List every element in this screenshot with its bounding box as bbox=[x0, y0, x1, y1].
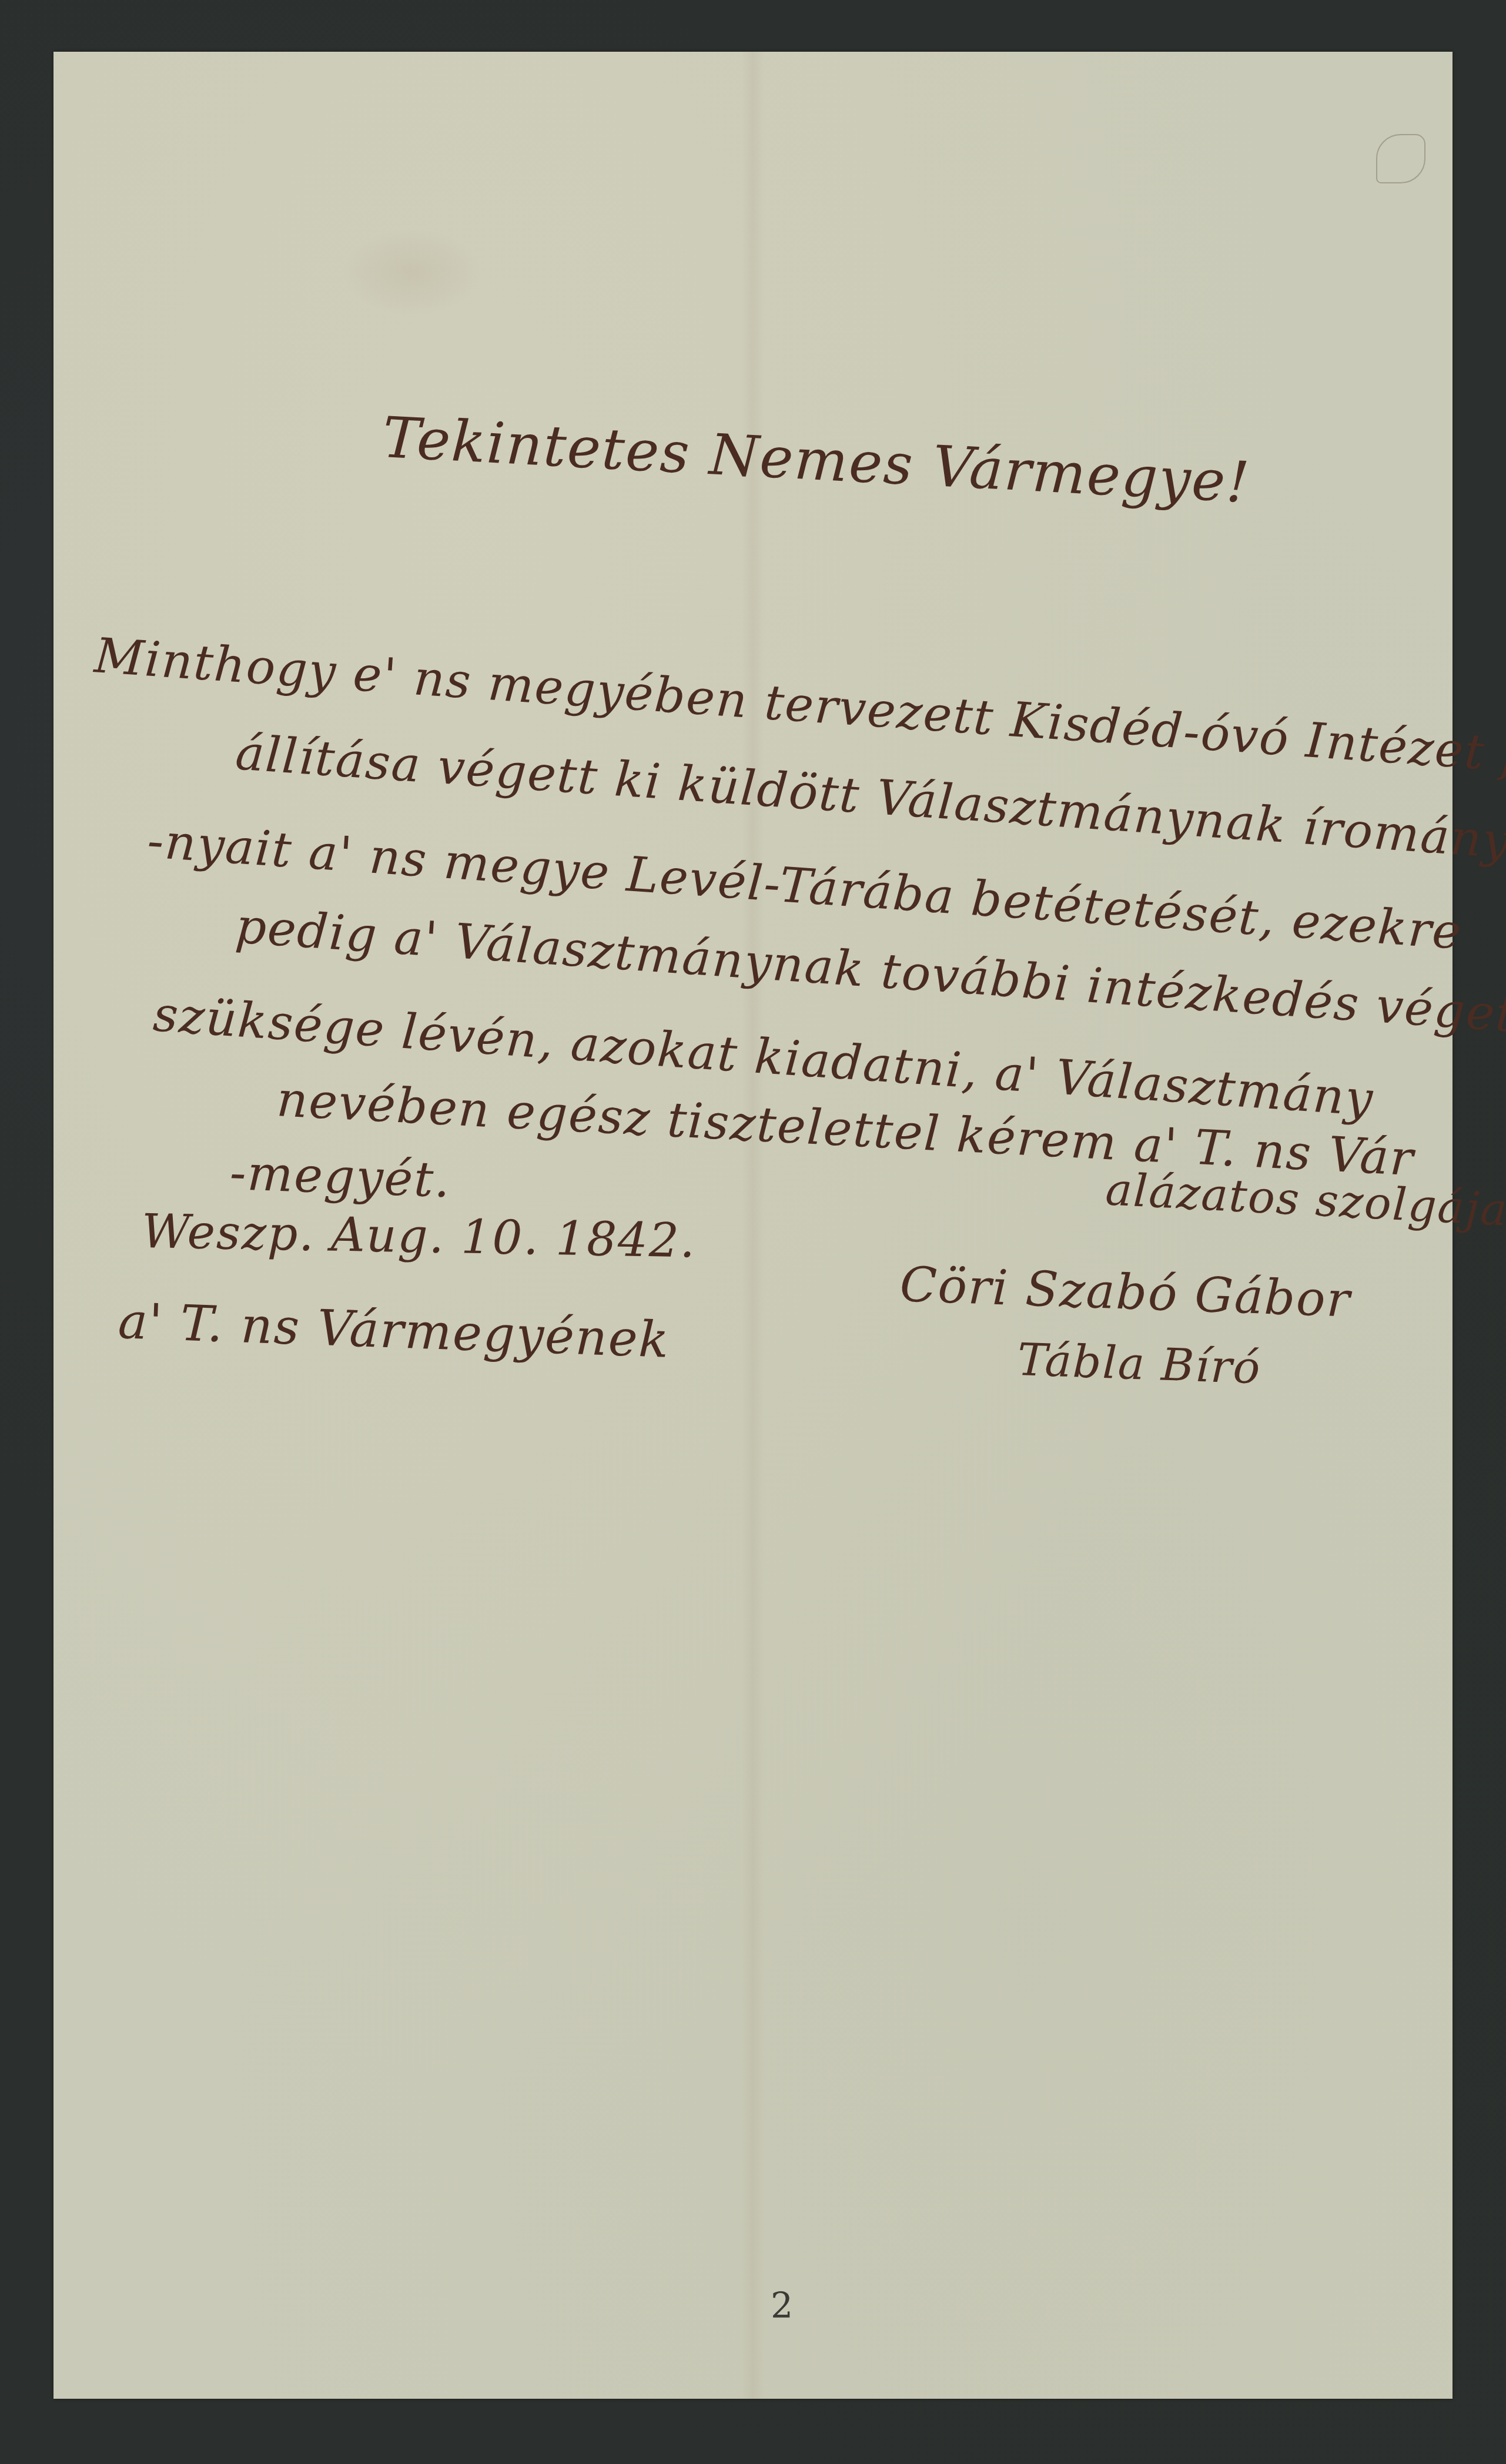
body-line-7: -megyét. bbox=[229, 1145, 451, 1208]
letter-page: Tekintetes Nemes Vármegye! Minthogy e' n… bbox=[53, 52, 1453, 2399]
signature-name: Cöri Szabó Gábor bbox=[899, 1257, 1351, 1328]
salutation: Tekintetes Nemes Vármegye! bbox=[381, 404, 1251, 515]
page-number: 2 bbox=[771, 2285, 794, 2326]
ink-bleed-through bbox=[342, 228, 483, 316]
signature-title: Tábla Bíró bbox=[1016, 1333, 1262, 1394]
addressee: a' T. ns Vármegyének bbox=[117, 1292, 671, 1369]
dateline: Weszp. Aug. 10. 1842. bbox=[141, 1204, 697, 1268]
closing-phrase: alázatos szolgája bbox=[1105, 1163, 1506, 1236]
paper-fiber-mark bbox=[1376, 134, 1425, 183]
